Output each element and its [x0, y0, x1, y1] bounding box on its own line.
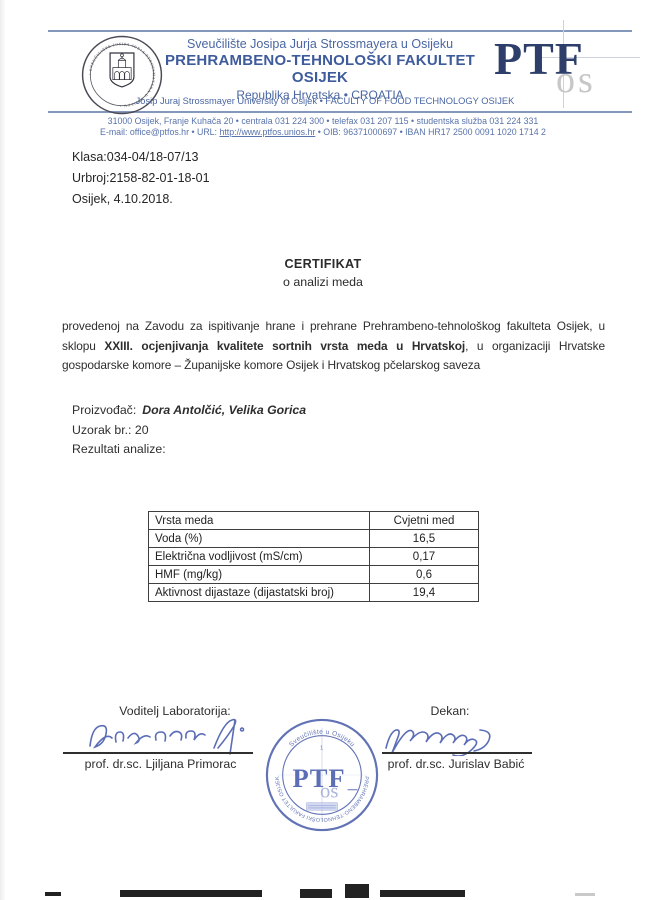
results-table: Vrsta meda Cvjetni med Voda (%) 16,5 Ele… [148, 511, 479, 602]
faculty-stamp-icon: Sveučilište u Osijeku PREHRAMBENO-TEHNOL… [263, 716, 381, 834]
scan-artifact [120, 890, 262, 897]
result-value-cell: 19,4 [370, 584, 479, 602]
scan-artifact [380, 890, 465, 897]
signature-left-name: prof. dr.sc. Ljiljana Primorac [58, 757, 263, 771]
urbroj-line: Urbroj:2158-82-01-18-01 [72, 168, 210, 189]
stamp-number: 1 [320, 745, 323, 751]
contact-oib-iban: • OIB: 96371000697 • IBAN HR17 2500 0091… [315, 127, 546, 137]
signature-right-name: prof. dr.sc. Jurislav Babić [370, 757, 542, 771]
signature-left-icon [82, 714, 262, 756]
title-block: CERTIFIKAT o analizi meda [0, 257, 646, 289]
signature-right-icon [380, 722, 515, 756]
result-label-cell: Električna vodljivost (mS/cm) [149, 548, 370, 566]
result-value-cell: 16,5 [370, 530, 479, 548]
signature-right-title: Dekan: [398, 704, 502, 718]
scan-artifact [45, 892, 61, 896]
result-value-cell: 0,6 [370, 566, 479, 584]
certificate-subtitle: o analizi meda [0, 275, 646, 289]
stamp-os-text: os [320, 781, 338, 803]
website-link[interactable]: http://www.ptfos.unios.hr [219, 127, 315, 137]
contact-address: 31000 Osijek, Franje Kuhača 20 • central… [70, 116, 576, 127]
date-line: Osijek, 4.10.2018. [72, 189, 210, 210]
scan-edge [0, 0, 6, 900]
result-label-cell: Vrsta meda [149, 512, 370, 530]
signature-left-line [63, 752, 253, 754]
contact-email-line: E-mail: office@ptfos.hr • URL: http://ww… [70, 127, 576, 138]
certificate-body: provedenoj na Zavodu za ispitivanje hran… [62, 317, 605, 376]
table-row: HMF (mg/kg) 0,6 [149, 566, 479, 584]
result-label-cell: Voda (%) [149, 530, 370, 548]
scan-artifact [300, 889, 332, 898]
header-text-block: Sveučilište Josipa Jurja Strossmayera u … [140, 37, 500, 102]
table-row: Vrsta meda Cvjetni med [149, 512, 479, 530]
klasa-line: Klasa:034-04/18-07/13 [72, 147, 210, 168]
university-name-en: Josip Juraj Strossmayer University of Os… [90, 96, 560, 106]
contact-block: 31000 Osijek, Franje Kuhača 20 • central… [70, 116, 576, 138]
reference-block: Klasa:034-04/18-07/13 Urbroj:2158-82-01-… [72, 147, 210, 210]
university-name: Sveučilište Josipa Jurja Strossmayera u … [140, 37, 500, 51]
certificate-title: CERTIFIKAT [0, 257, 646, 271]
producer-label: Proizvođač: [72, 403, 136, 417]
ptf-logo-os-text: os [556, 58, 596, 102]
producer-value: Dora Antolčić, Velika Gorica [142, 403, 306, 417]
certificate-page: • SVEUČILIŠTE JOSIPA JURJA STROSSMAYERA … [0, 0, 646, 900]
result-value-cell: Cvjetni med [370, 512, 479, 530]
contact-email: E-mail: office@ptfos.hr • URL: [100, 127, 219, 137]
producer-line: Proizvođač:Dora Antolčić, Velika Gorica [72, 401, 306, 421]
table-row: Aktivnost dijastaze (dijastatski broj) 1… [149, 584, 479, 602]
results-label: Rezultati analize: [72, 440, 306, 460]
result-label-cell: Aktivnost dijastaze (dijastatski broj) [149, 584, 370, 602]
sample-number-line: Uzorak br.: 20 [72, 421, 306, 441]
result-value-cell: 0,17 [370, 548, 479, 566]
ptf-logo: PTF os [492, 32, 642, 112]
signature-right-line [382, 752, 532, 754]
body-part2-bold: XXIII. ocjenjivanja kvalitete sortnih vr… [104, 339, 465, 353]
sample-block: Proizvođač:Dora Antolčić, Velika Gorica … [72, 401, 306, 460]
table-row: Voda (%) 16,5 [149, 530, 479, 548]
table-row: Električna vodljivost (mS/cm) 0,17 [149, 548, 479, 566]
scan-artifact [345, 884, 369, 898]
scan-artifact [575, 893, 595, 896]
faculty-name: PREHRAMBENO-TEHNOLOŠKI FAKULTET OSIJEK [140, 52, 500, 86]
result-label-cell: HMF (mg/kg) [149, 566, 370, 584]
